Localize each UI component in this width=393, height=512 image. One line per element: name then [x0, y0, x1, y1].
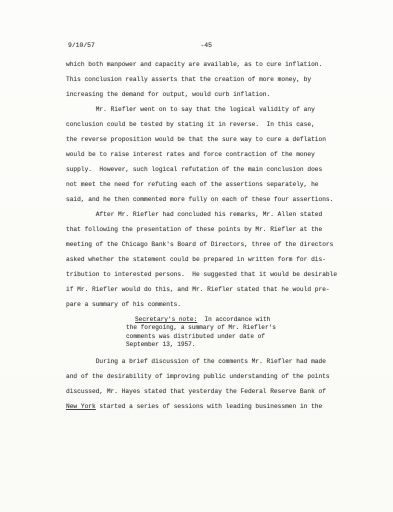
closing-paragraph-underlined-text: New York — [66, 403, 96, 410]
paragraph-3: After Mr. Riefler had concluded his rema… — [66, 207, 346, 312]
page-number: -45 — [200, 42, 212, 50]
closing-paragraph-text-end: started a series of sessions with leadin… — [96, 403, 323, 410]
header-date: 9/10/57 — [68, 42, 95, 50]
paragraph-2: Mr. Riefler went on to say that the logi… — [66, 102, 346, 207]
page-header: 9/10/57 -45 — [66, 42, 346, 50]
document-body: which both manpower and capacity are ava… — [66, 57, 346, 414]
closing-paragraph: During a brief discussion of the comment… — [66, 354, 346, 414]
paragraph-1: which both manpower and capacity are ava… — [66, 57, 346, 102]
document-page: 9/10/57 -45 which both manpower and capa… — [0, 0, 393, 512]
secretarys-note-label: Secretary's note: — [135, 316, 197, 323]
closing-paragraph-text-start: During a brief discussion of the comment… — [66, 358, 330, 395]
secretarys-note: Secretary's note: In accordance with the… — [126, 316, 296, 349]
